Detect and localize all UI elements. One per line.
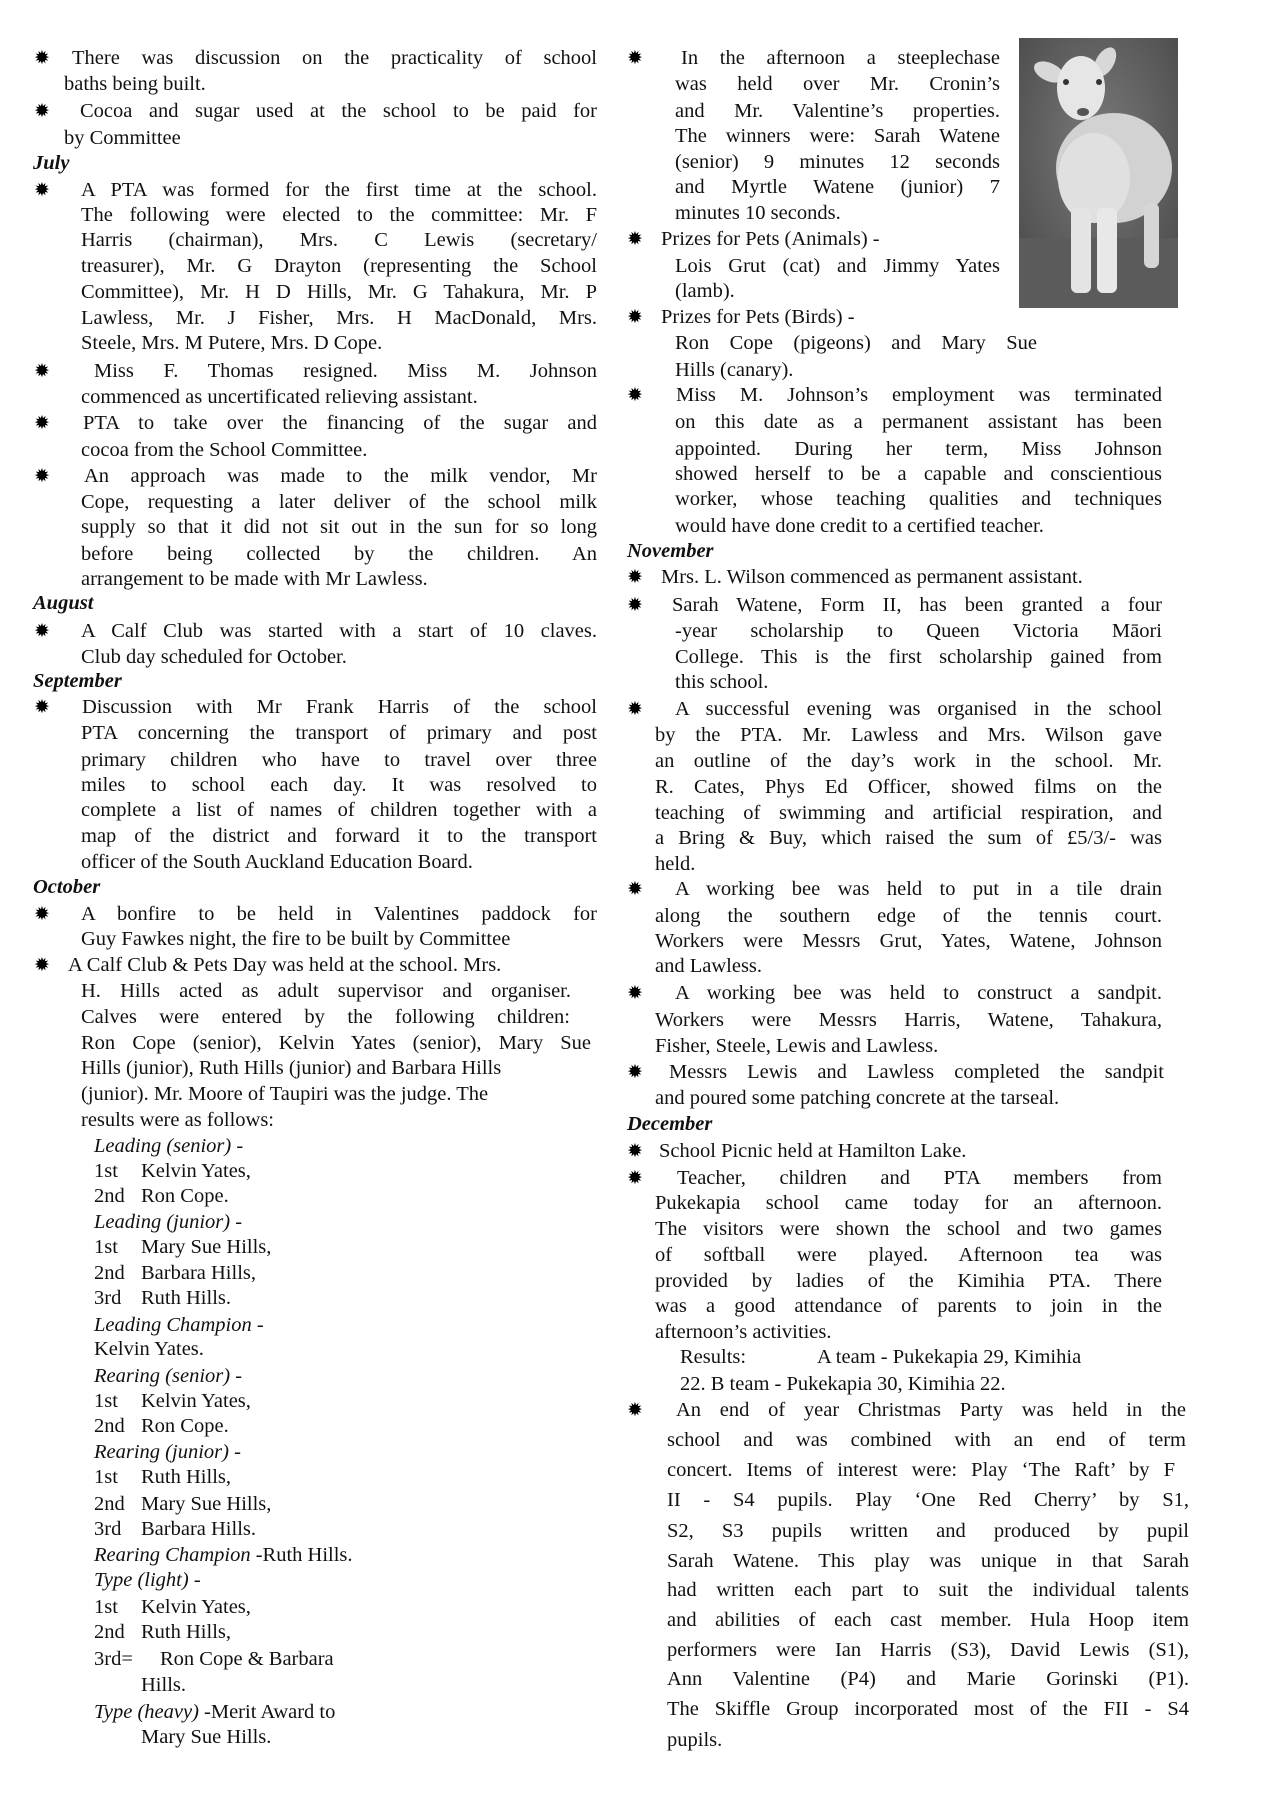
text-line: (senior) 9 minutes 12 seconds [675, 149, 1000, 175]
month-heading-november: November [627, 538, 714, 564]
text-line: complete a list of names of children tog… [81, 797, 597, 823]
text-line: A PTA was formed for the first time at t… [81, 177, 597, 203]
text-line: Mrs. L. Wilson commenced as permanent as… [661, 564, 1083, 590]
text-line: Miss M. Johnson’s employment was termina… [676, 382, 1162, 408]
text-line: Pukekapia school came today for an after… [655, 1190, 1162, 1216]
result-heading: Rearing (senior) - [94, 1363, 242, 1389]
bullet-icon: ✹ [34, 410, 52, 436]
text-line: Teacher, children and PTA members from [677, 1165, 1162, 1191]
text-line: cocoa from the School Committee. [81, 437, 367, 463]
result-entry: 1stKelvin Yates, [94, 1388, 251, 1414]
text-line: (junior). Mr. Moore of Taupiri was the j… [81, 1081, 488, 1107]
text-line: Prizes for Pets (Animals) - [661, 226, 880, 252]
bullet-icon: ✹ [627, 564, 645, 590]
text-line: an outline of the day’s work in the scho… [655, 748, 1162, 774]
text-line: map of the district and forward it to th… [81, 823, 597, 849]
text-line: results were as follows: [81, 1107, 274, 1133]
result-entry: 3rdRuth Hills. [94, 1285, 231, 1311]
text-line: teaching of swimming and artificial resp… [655, 800, 1162, 826]
text-line: A successful evening was organised in th… [675, 696, 1162, 722]
text-line: Discussion with Mr Frank Harris of the s… [82, 694, 597, 720]
bullet-icon: ✹ [34, 463, 52, 489]
text-line: arrangement to be made with Mr Lawless. [81, 566, 428, 592]
text-line: Miss F. Thomas resigned. Miss M. Johnson [94, 358, 597, 384]
text-line: Lois Grut (cat) and Jimmy Yates [675, 253, 1000, 279]
text-line: S2, S3 pupils written and produced by pu… [667, 1518, 1189, 1544]
result-heading: Type (heavy) -Merit Award to [94, 1699, 335, 1725]
text-line: A bonfire to be held in Valentines paddo… [81, 901, 597, 927]
text-line: Steele, Mrs. M Putere, Mrs. D Cope. [81, 330, 382, 356]
text-line: -year scholarship to Queen Victoria Māor… [675, 618, 1162, 644]
text-line: appointed. During her term, Miss Johnson [675, 436, 1162, 462]
bullet-icon: ✹ [627, 304, 645, 330]
text-line: performers were Ian Harris (S3), David L… [667, 1637, 1189, 1663]
text-line: afternoon’s activities. [655, 1319, 831, 1345]
text-line: H. Hills acted as adult supervisor and o… [81, 978, 571, 1004]
result-entry: 2ndRon Cope. [94, 1183, 229, 1209]
bullet-icon: ✹ [627, 980, 645, 1006]
result-entry: 3rdBarbara Hills. [94, 1516, 256, 1542]
text-line: was held over Mr. Cronin’s [675, 71, 1000, 97]
result-entry: 1stKelvin Yates, [94, 1158, 251, 1184]
result-entry: 2ndRon Cope. [94, 1413, 229, 1439]
text-line: would have done credit to a certified te… [675, 513, 1044, 539]
text-line: Guy Fawkes night, the fire to be built b… [81, 926, 510, 952]
lamb-image-icon [1019, 38, 1178, 308]
text-line: There was discussion on the practicality… [72, 45, 597, 71]
text-line: Cope, requesting a later deliver of the … [81, 489, 597, 515]
text-line: and poured some patching concrete at the… [655, 1085, 1059, 1111]
text-line: II - S4 pupils. Play ‘One Red Cherry’ by… [667, 1487, 1189, 1513]
text-line: showed herself to be a capable and consc… [675, 461, 1162, 487]
text-line: The Skiffle Group incorporated most of t… [667, 1696, 1189, 1722]
lamb-photo [1019, 38, 1178, 308]
result-heading: Type (light) - [94, 1567, 201, 1593]
text-line: concert. Items of interest were: Play ‘T… [667, 1457, 1175, 1483]
text-line: of softball were played. Afternoon tea w… [655, 1242, 1162, 1268]
text-line: and abilities of each cast member. Hula … [667, 1607, 1189, 1633]
text-line: (lamb). [675, 278, 735, 304]
text-line: Hills (canary). [675, 357, 793, 383]
match-results-cont: 22. B team - Pukekapia 30, Kimihia 22. [680, 1371, 1006, 1397]
text-line: College. This is the first scholarship g… [675, 644, 1162, 670]
text-line: held. [655, 851, 695, 877]
text-line: A Calf Club was started with a start of … [81, 618, 597, 644]
result-entry: 3rd=Ron Cope & Barbara [94, 1646, 334, 1672]
text-line: along the southern edge of the tennis co… [655, 903, 1162, 929]
text-line: A working bee was held to construct a sa… [675, 980, 1162, 1006]
text-line: R. Cates, Phys Ed Officer, showed films … [655, 774, 1162, 800]
text-line: Calves were entered by the following chi… [81, 1004, 570, 1030]
text-line: Club day scheduled for October. [81, 644, 347, 670]
result-entry: Kelvin Yates. [94, 1336, 204, 1362]
text-line: treasurer), Mr. G Drayton (representing … [81, 253, 597, 279]
text-line: commenced as uncertificated relieving as… [81, 384, 478, 410]
text-line: minutes 10 seconds. [675, 200, 841, 226]
text-line: baths being built. [64, 71, 206, 97]
text-line: on this date as a permanent assistant ha… [675, 409, 1162, 435]
text-line: Sarah Watene, Form II, has been granted … [672, 592, 1162, 618]
text-line: miles to school each day. It was resolve… [81, 772, 597, 798]
month-heading-july: July [33, 150, 69, 176]
text-line: Ann Valentine (P4) and Marie Gorinski (P… [667, 1666, 1189, 1692]
bullet-icon: ✹ [34, 358, 52, 384]
bullet-icon: ✹ [34, 98, 52, 124]
result-entry: 1stKelvin Yates, [94, 1594, 251, 1620]
text-line: primary children who have to travel over… [81, 747, 597, 773]
bullet-icon: ✹ [627, 1059, 645, 1085]
text-line: and Lawless. [655, 953, 762, 979]
text-line: Ron Cope (pigeons) and Mary Sue [675, 330, 1037, 356]
bullet-icon: ✹ [627, 226, 645, 252]
result-entry: 2ndMary Sue Hills, [94, 1491, 271, 1517]
text-line: In the afternoon a steeplechase [681, 45, 1000, 71]
text-line: PTA to take over the financing of the su… [83, 410, 597, 436]
month-heading-september: September [33, 668, 122, 694]
text-line: by Committee [64, 125, 181, 151]
text-line: pupils. [667, 1727, 722, 1753]
text-line: School Picnic held at Hamilton Lake. [659, 1138, 966, 1164]
text-line: PTA concerning the transport of primary … [81, 720, 597, 746]
text-line: The visitors were shown the school and t… [655, 1216, 1162, 1242]
month-heading-december: December [627, 1111, 712, 1137]
text-line: Prizes for Pets (Birds) - [661, 304, 855, 330]
text-line: had written each part to suit the indivi… [667, 1577, 1189, 1603]
text-line: Ron Cope (senior), Kelvin Yates (senior)… [81, 1030, 591, 1056]
text-line: The winners were: Sarah Watene [675, 123, 1000, 149]
bullet-icon: ✹ [34, 618, 52, 644]
bullet-icon: ✹ [34, 177, 52, 203]
result-heading: Leading (senior) - [94, 1133, 243, 1159]
text-line: provided by ladies of the Kimihia PTA. T… [655, 1268, 1162, 1294]
bullet-icon: ✹ [627, 1397, 645, 1423]
match-results: Results:A team - Pukekapia 29, Kimihia [680, 1344, 1081, 1370]
bullet-icon: ✹ [627, 592, 645, 618]
text-line: Workers were Messrs Harris, Watene, Taha… [655, 1007, 1162, 1033]
result-entry: 1stRuth Hills, [94, 1464, 231, 1490]
text-line: Lawless, Mr. J Fisher, Mrs. H MacDonald,… [81, 305, 597, 331]
result-entry-cont: Mary Sue Hills. [141, 1724, 271, 1750]
text-line: Cocoa and sugar used at the school to be… [80, 98, 597, 124]
bullet-icon: ✹ [627, 696, 645, 722]
result-entry: 2ndBarbara Hills, [94, 1260, 256, 1286]
bullet-icon: ✹ [627, 382, 645, 408]
result-heading: Leading (junior) - [94, 1209, 242, 1235]
text-line: officer of the South Auckland Education … [81, 849, 473, 875]
text-line: The following were elected to the commit… [81, 202, 597, 228]
month-heading-october: October [33, 874, 100, 900]
text-line: Sarah Watene. This play was unique in th… [667, 1548, 1189, 1574]
text-line: this school. [675, 669, 768, 695]
bullet-icon: ✹ [34, 901, 52, 927]
text-line: by the PTA. Mr. Lawless and Mrs. Wilson … [655, 722, 1162, 748]
bullet-icon: ✹ [627, 1165, 645, 1191]
text-line: A working bee was held to put in a tile … [675, 876, 1162, 902]
result-heading: Rearing (junior) - [94, 1439, 241, 1465]
bullet-icon: ✹ [34, 694, 52, 720]
bullet-icon: ✹ [34, 45, 52, 71]
text-line: An approach was made to the milk vendor,… [84, 463, 597, 489]
bullet-icon: ✹ [627, 1138, 645, 1164]
result-entry-cont: Hills. [141, 1672, 186, 1698]
bullet-icon: ✹ [627, 45, 645, 71]
month-heading-august: August [33, 590, 93, 616]
result-heading: Leading Champion - [94, 1312, 264, 1338]
text-line: school and was combined with an end of t… [667, 1427, 1186, 1453]
text-line: was a good attendance of parents to join… [655, 1293, 1162, 1319]
text-line: worker, whose teaching qualities and tec… [675, 486, 1162, 512]
result-entry: 1stMary Sue Hills, [94, 1234, 271, 1260]
text-line: Messrs Lewis and Lawless completed the s… [669, 1059, 1164, 1085]
result-heading: Rearing Champion -Ruth Hills. [94, 1542, 353, 1568]
text-line: before being collected by the children. … [81, 541, 597, 567]
text-line: supply so that it did not sit out in the… [81, 514, 597, 540]
text-line: Workers were Messrs Grut, Yates, Watene,… [655, 928, 1162, 954]
result-entry: 2ndRuth Hills, [94, 1619, 231, 1645]
bullet-icon: ✹ [627, 876, 645, 902]
text-line: Harris (chairman), Mrs. C Lewis (secreta… [81, 227, 597, 253]
text-line: and Mr. Valentine’s properties. [675, 98, 1000, 124]
text-line: and Myrtle Watene (junior) 7 [675, 174, 1000, 200]
text-line: Fisher, Steele, Lewis and Lawless. [655, 1033, 938, 1059]
text-line: Hills (junior), Ruth Hills (junior) and … [81, 1055, 501, 1081]
text-line: An end of year Christmas Party was held … [676, 1397, 1186, 1423]
text-line: A Calf Club & Pets Day was held at the s… [68, 952, 501, 978]
text-line: Committee), Mr. H D Hills, Mr. G Tahakur… [81, 279, 597, 305]
text-line: a Bring & Buy, which raised the sum of £… [655, 825, 1162, 851]
bullet-icon: ✹ [34, 952, 52, 978]
